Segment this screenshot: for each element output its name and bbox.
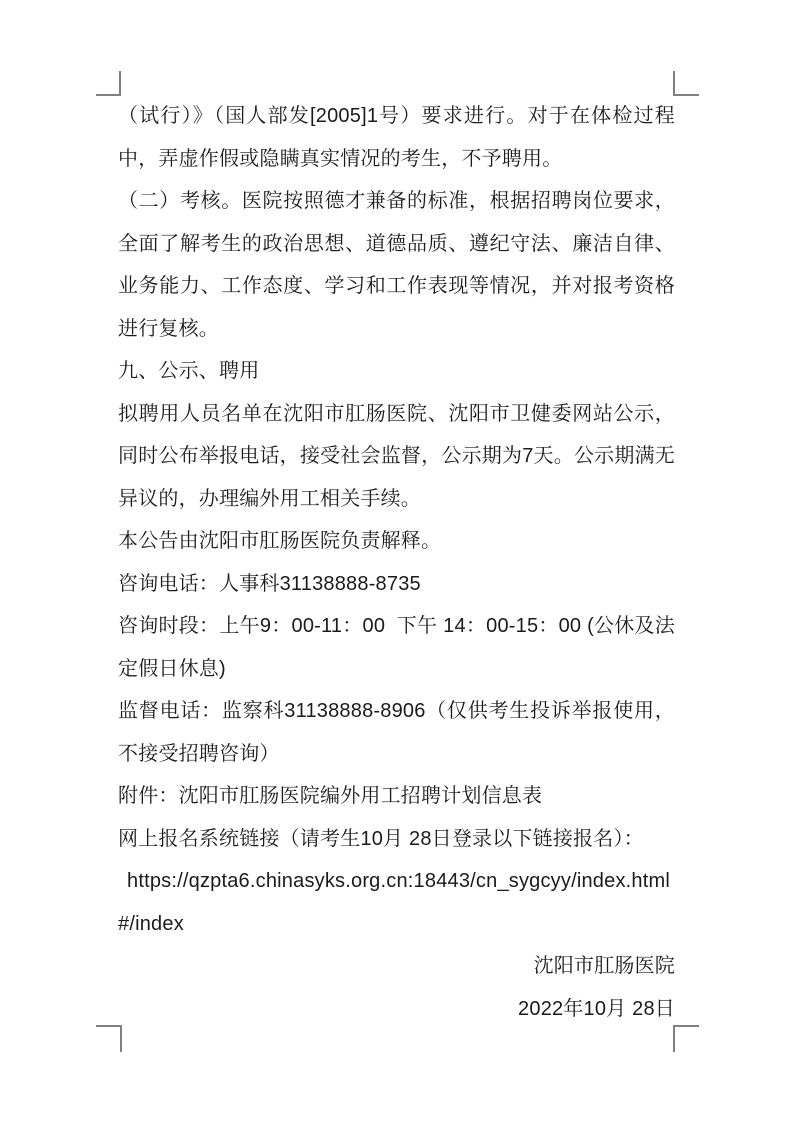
signature-organization: 沈阳市肛肠医院 — [118, 945, 675, 988]
signature-date: 2022年10月 28日 — [118, 988, 675, 1031]
paragraph-publicity-period: 拟聘用人员名单在沈阳市肛肠医院、沈阳市卫健委网站公示，同时公布举报电话，接受社会… — [118, 393, 675, 521]
paragraph-supervision-phone: 监督电话：监察科31138888-8906（仅供考生投诉举报使用，不接受招聘咨询… — [118, 690, 675, 775]
crop-mark-bottom-right-icon — [673, 1025, 699, 1052]
crop-mark-top-left-icon — [96, 71, 121, 96]
paragraph-online-registration-link-intro: 网上报名系统链接（请考生10月 28日登录以下链接报名）： — [118, 818, 675, 861]
paragraph-consultation-phone: 咨询电话：人事科31138888-8735 — [118, 563, 675, 606]
document-text-area: （试行）》（国人部发[2005]1号）要求进行。对于在体检过程中，弄虚作假或隐瞒… — [118, 95, 675, 1030]
heading-section-nine-publicity-employment: 九、公示、聘用 — [118, 350, 675, 393]
paragraph-interpretation-right: 本公告由沈阳市肛肠医院负责解释。 — [118, 520, 675, 563]
paragraph-physical-exam-rule: （试行）》（国人部发[2005]1号）要求进行。对于在体检过程中，弄虚作假或隐瞒… — [118, 95, 675, 180]
crop-mark-top-right-icon — [673, 71, 699, 96]
paragraph-assessment: （二）考核。医院按照德才兼备的标准，根据招聘岗位要求，全面了解考生的政治思想、道… — [118, 180, 675, 350]
document-page: （试行）》（国人部发[2005]1号）要求进行。对于在体检过程中，弄虚作假或隐瞒… — [0, 0, 794, 1123]
paragraph-attachment: 附件：沈阳市肛肠医院编外用工招聘计划信息表 — [118, 775, 675, 818]
paragraph-consultation-hours: 咨询时段：上午9：00-11：00 下午 14：00-15：00 (公休及法定假… — [118, 605, 675, 690]
registration-url-text: https://qzpta6.chinasyks.org.cn:18443/cn… — [118, 860, 675, 945]
